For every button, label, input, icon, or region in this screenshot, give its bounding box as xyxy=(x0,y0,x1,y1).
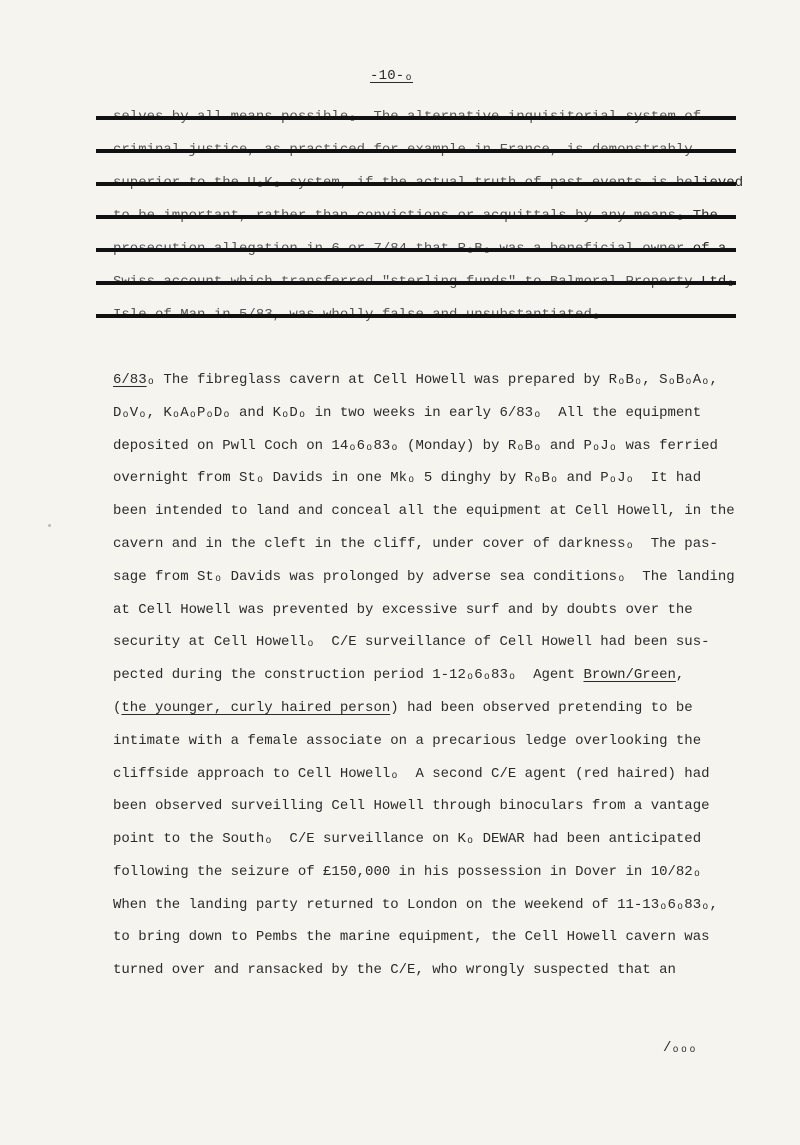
paragraph-line: been observed surveilling Cell Howell th… xyxy=(113,797,710,815)
paragraph-line: overnight from Stₒ Davids in one Mkₒ 5 d… xyxy=(113,469,701,487)
paragraph-line: sage from Stₒ Davids was prolonged by ad… xyxy=(113,568,735,586)
paragraph-line: to bring down to Pembs the marine equipm… xyxy=(113,928,710,946)
paragraph-line: DₒVₒ, KₒAₒPₒDₒ and KₒDₒ in two weeks in … xyxy=(113,404,701,422)
paragraph-line: cliffside approach to Cell Howellₒ A sec… xyxy=(113,765,710,783)
paragraph-line: cavern and in the cleft in the cliff, un… xyxy=(113,535,718,553)
paragraph-line: intimate with a female associate on a pr… xyxy=(113,732,701,750)
strike-bar xyxy=(96,248,736,252)
strike-bar xyxy=(96,116,736,120)
paragraph-line: point to the Southₒ C/E surveillance on … xyxy=(113,830,701,848)
page-number: -10-ₒ xyxy=(370,68,413,84)
paragraph-line: turned over and ransacked by the C/E, wh… xyxy=(113,961,676,979)
paragraph-line: been intended to land and conceal all th… xyxy=(113,502,735,520)
strike-bar xyxy=(96,314,736,318)
date-heading: 6/83 xyxy=(113,372,147,388)
paragraph-line: at Cell Howell was prevented by excessiv… xyxy=(113,601,693,619)
paragraph-line: When the landing party returned to Londo… xyxy=(113,896,718,914)
paragraph-line: 6/83ₒ The fibreglass cavern at Cell Howe… xyxy=(113,371,718,389)
agent-name: Brown/Green xyxy=(583,667,675,683)
paragraph-line: deposited on Pwll Coch on 14ₒ6ₒ83ₒ (Mond… xyxy=(113,437,718,455)
strike-bar xyxy=(96,182,736,186)
agent-description: the younger, curly haired person xyxy=(121,700,390,716)
paragraph-line: following the seizure of £150,000 in his… xyxy=(113,863,701,881)
strike-bar xyxy=(96,281,736,285)
paragraph-line: security at Cell Howellₒ C/E surveillanc… xyxy=(113,633,710,651)
paragraph-line: pected during the construction period 1-… xyxy=(113,666,684,684)
continuation-mark: /ₒₒₒ xyxy=(663,1040,697,1056)
paper-speck xyxy=(48,524,51,527)
paragraph-line: (the younger, curly haired person) had b… xyxy=(113,699,693,717)
strike-bar xyxy=(96,215,736,219)
strike-bar xyxy=(96,149,736,153)
